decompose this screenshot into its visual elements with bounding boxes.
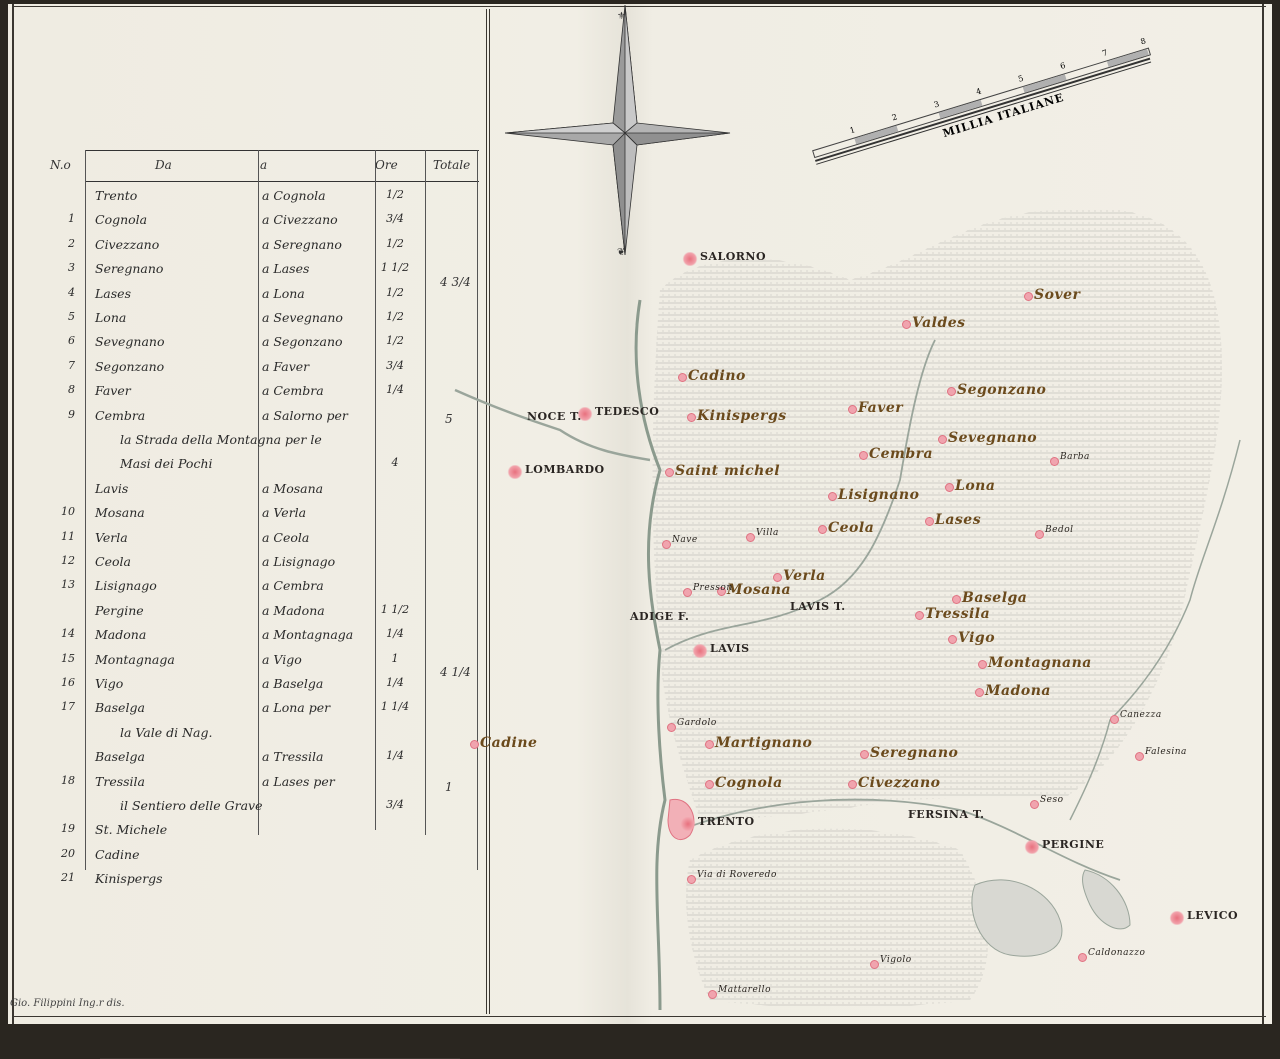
village-marker-icon: [678, 373, 687, 382]
village-marker-icon: [975, 688, 984, 697]
village-marker-icon: [705, 740, 714, 749]
town-marker-icon: [682, 252, 698, 266]
hamlet-label: Falesina: [1145, 747, 1187, 757]
village-marker-icon: [1024, 292, 1033, 301]
village-marker-icon: [828, 492, 837, 501]
river-label: ADIGE F.: [630, 610, 689, 623]
village-marker-icon: [915, 611, 924, 620]
village-marker-icon: [746, 533, 755, 542]
hamlet-label: Barba: [1060, 452, 1090, 462]
village-marker-icon: [1030, 800, 1039, 809]
village-marker-icon: [1110, 715, 1119, 724]
village-label: Vigo: [958, 630, 995, 646]
village-label: Tressila: [925, 606, 990, 622]
hamlet-label: Presson: [693, 583, 733, 593]
village-label: Cadine: [480, 735, 537, 751]
village-label: Baselga: [962, 590, 1027, 606]
village-marker-icon: [1078, 953, 1087, 962]
town-label: LEVICO: [1187, 909, 1238, 922]
town-label: PERGINE: [1042, 838, 1104, 851]
hamlet-label: Bedol: [1045, 525, 1074, 535]
town-label: SALORNO: [700, 250, 766, 263]
village-marker-icon: [705, 780, 714, 789]
village-label: Cembra: [869, 446, 933, 462]
village-label: Faver: [858, 400, 903, 416]
village-marker-icon: [938, 435, 947, 444]
river-label: FERSINA T.: [908, 808, 984, 821]
village-marker-icon: [925, 517, 934, 526]
village-label: Sover: [1034, 287, 1080, 303]
village-label: Kinispergs: [697, 408, 787, 424]
village-label: Martignano: [715, 735, 812, 751]
hamlet-label: Mattarello: [718, 985, 771, 995]
village-marker-icon: [1050, 457, 1059, 466]
village-marker-icon: [1035, 530, 1044, 539]
village-marker-icon: [662, 540, 671, 549]
village-marker-icon: [860, 750, 869, 759]
village-label: Seregnano: [870, 745, 958, 761]
village-marker-icon: [470, 740, 479, 749]
village-label: Madona: [985, 683, 1051, 699]
hamlet-label: Villa: [756, 528, 779, 538]
town-marker-icon: [1024, 840, 1040, 854]
village-marker-icon: [683, 588, 692, 597]
village-marker-icon: [818, 525, 827, 534]
hamlet-label: Via di Roveredo: [697, 870, 777, 880]
village-marker-icon: [952, 595, 961, 604]
village-marker-icon: [978, 660, 987, 669]
village-label: Sevegnano: [948, 430, 1037, 446]
town-marker-icon: [1169, 911, 1185, 925]
village-label: Lases: [935, 512, 981, 528]
town-label: TRENTO: [698, 815, 755, 828]
village-marker-icon: [902, 320, 911, 329]
village-label: Ceola: [828, 520, 874, 536]
terrain-hachures: [0, 0, 1280, 1028]
village-label: Montagnana: [988, 655, 1092, 671]
village-label: Cognola: [715, 775, 783, 791]
village-marker-icon: [870, 960, 879, 969]
village-marker-icon: [1135, 752, 1144, 761]
village-label: Lisignano: [838, 487, 919, 503]
village-marker-icon: [859, 451, 868, 460]
town-marker-icon: [692, 644, 708, 658]
village-marker-icon: [945, 483, 954, 492]
village-label: Valdes: [912, 315, 966, 331]
village-label: Mosana: [727, 582, 791, 598]
village-marker-icon: [687, 413, 696, 422]
town-marker-icon: [680, 817, 696, 831]
village-marker-icon: [948, 635, 957, 644]
village-label: Segonzano: [957, 382, 1046, 398]
village-marker-icon: [667, 723, 676, 732]
town-label: LOMBARDO: [525, 463, 605, 476]
village-marker-icon: [848, 780, 857, 789]
village-marker-icon: [665, 468, 674, 477]
hamlet-label: Seso: [1040, 795, 1064, 805]
river-label: LAVIS T.: [790, 600, 846, 613]
village-label: Saint michel: [675, 463, 780, 479]
village-label: Cadino: [688, 368, 746, 384]
hamlet-label: Gardolo: [677, 718, 717, 728]
village-marker-icon: [773, 573, 782, 582]
town-label: LAVIS: [710, 642, 750, 655]
hamlet-label: Nave: [672, 535, 698, 545]
village-label: Lona: [955, 478, 995, 494]
village-label: Civezzano: [858, 775, 941, 791]
hamlet-label: Vigolo: [880, 955, 912, 965]
river-label: NOCE T.: [527, 410, 582, 423]
village-marker-icon: [687, 875, 696, 884]
town-marker-icon: [507, 465, 523, 479]
hamlet-label: Caldonazzo: [1088, 948, 1145, 958]
village-marker-icon: [708, 990, 717, 999]
village-marker-icon: [848, 405, 857, 414]
village-marker-icon: [947, 387, 956, 396]
hamlet-label: Canezza: [1120, 710, 1162, 720]
town-label: TEDESCO: [595, 405, 659, 418]
